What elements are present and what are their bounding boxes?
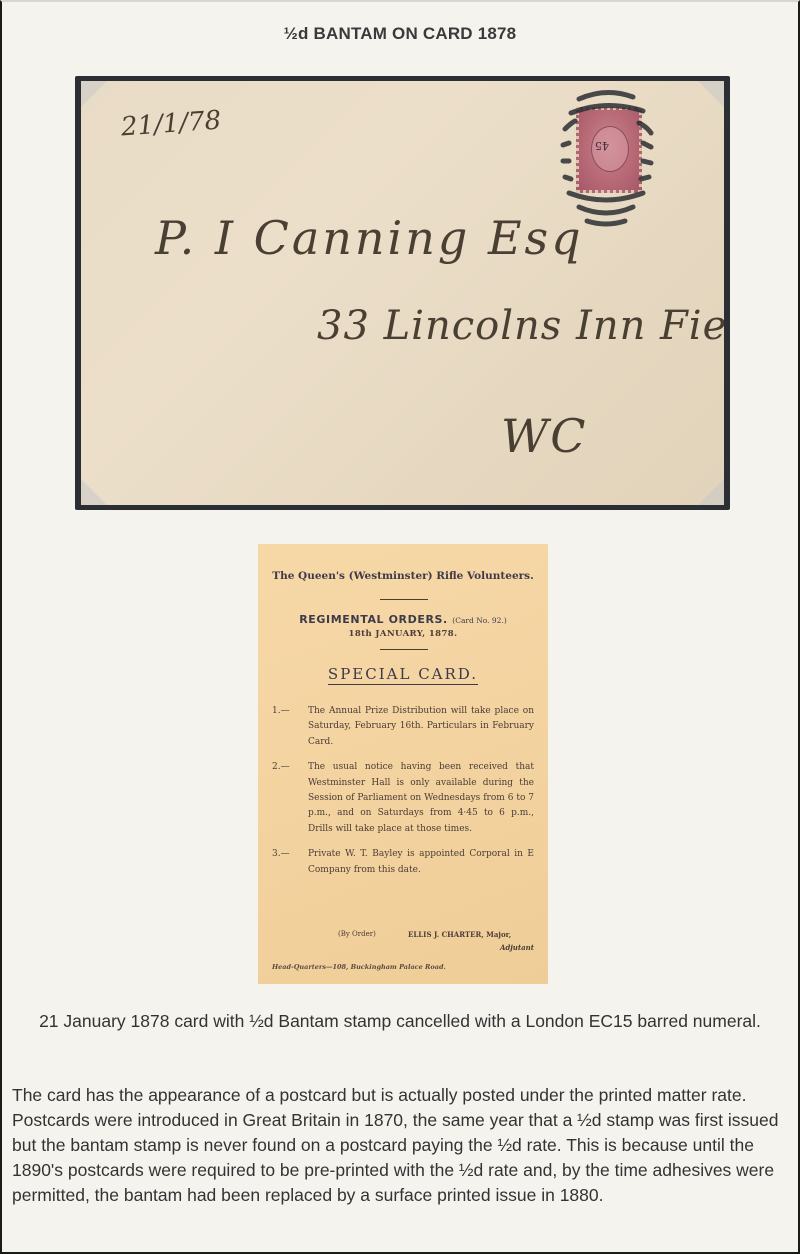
order-item: 2.— The usual notice having been receive… <box>272 760 534 837</box>
order-text: The Annual Prize Distribution will take … <box>308 704 534 750</box>
cover-mount: 21/1/78 P. I Canning Esq 33 Lincolns Inn… <box>75 76 730 510</box>
order-item: 1.— The Annual Prize Distribution will t… <box>272 704 534 750</box>
photo-corner <box>81 479 107 505</box>
page-title: ½d BANTAM ON CARD 1878 <box>0 24 800 44</box>
orders-card-title: The Queen's (Westminster) Rifle Voluntee… <box>258 570 548 582</box>
address-city: WC <box>501 409 587 463</box>
regimental-orders-card: The Queen's (Westminster) Rifle Voluntee… <box>258 544 548 984</box>
divider <box>380 649 428 650</box>
order-text: The usual notice having been received th… <box>308 760 534 837</box>
orders-heading: REGIMENTAL ORDERS. (Card No. 92.) <box>258 613 548 626</box>
order-number: 1.— <box>272 704 308 750</box>
postal-card: 21/1/78 P. I Canning Esq 33 Lincolns Inn… <box>81 81 724 505</box>
by-order-label: (By Order) <box>338 930 376 938</box>
orders-list: 1.— The Annual Prize Distribution will t… <box>272 704 534 888</box>
photo-corner <box>698 81 724 107</box>
exhibit-caption: 21 January 1878 card with ½d Bantam stam… <box>0 1010 800 1033</box>
signatory-role: Adjutant <box>500 943 534 952</box>
address-street: 33 Lincolns Inn Fields <box>317 303 724 349</box>
signatory-name: ELLIS J. CHARTER, Major, <box>408 930 511 939</box>
headquarters-address: Head-Quarters—108, Buckingham Palace Roa… <box>272 963 446 971</box>
order-item: 3.— Private W. T. Bayley is appointed Co… <box>272 847 534 878</box>
order-number: 2.— <box>272 760 308 837</box>
divider <box>380 599 428 600</box>
order-text: Private W. T. Bayley is appointed Corpor… <box>308 847 534 878</box>
barred-numeral-cancel-icon <box>551 85 661 230</box>
handwritten-date: 21/1/78 <box>120 106 222 143</box>
exhibit-description: The card has the appearance of a postcar… <box>12 1083 792 1208</box>
photo-corner <box>81 81 107 107</box>
special-card-text: SPECIAL CARD. <box>328 665 478 685</box>
card-number: (Card No. 92.) <box>452 616 506 625</box>
photo-corner <box>698 479 724 505</box>
orders-date: 18th JANUARY, 1878. <box>258 629 548 639</box>
special-card-heading: SPECIAL CARD. <box>258 665 548 683</box>
order-number: 3.— <box>272 847 308 878</box>
address-name: P. I Canning Esq <box>155 211 584 265</box>
orders-heading-text: REGIMENTAL ORDERS. <box>299 613 448 626</box>
